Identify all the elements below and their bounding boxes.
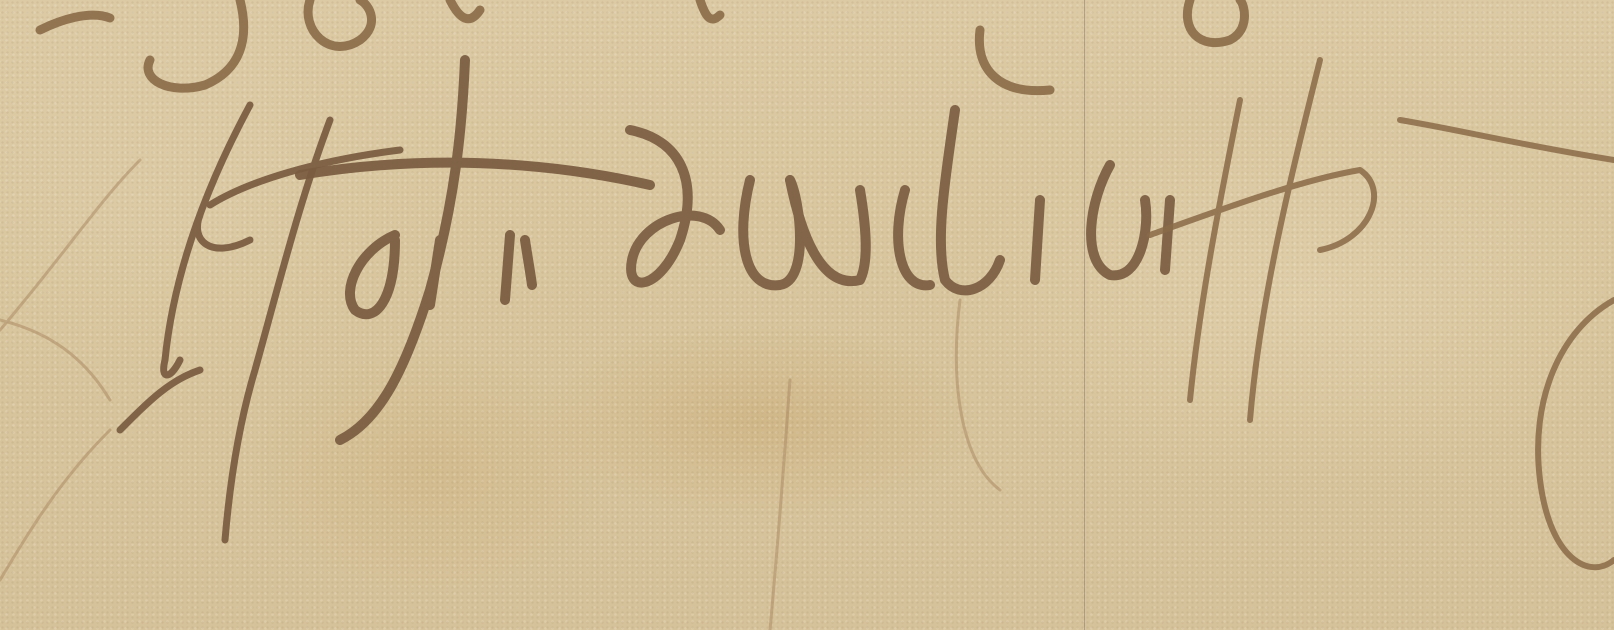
letters-wycliffe bbox=[630, 110, 1170, 290]
letters-ohn bbox=[300, 60, 650, 440]
signature-ink bbox=[0, 0, 1614, 630]
letters-ffe bbox=[1150, 60, 1614, 567]
top-partial-script bbox=[40, 0, 1244, 91]
faint-lines bbox=[0, 160, 1000, 630]
parchment-photo: John Wycliffe bbox=[0, 0, 1614, 630]
paper-fold-line bbox=[1084, 0, 1086, 630]
